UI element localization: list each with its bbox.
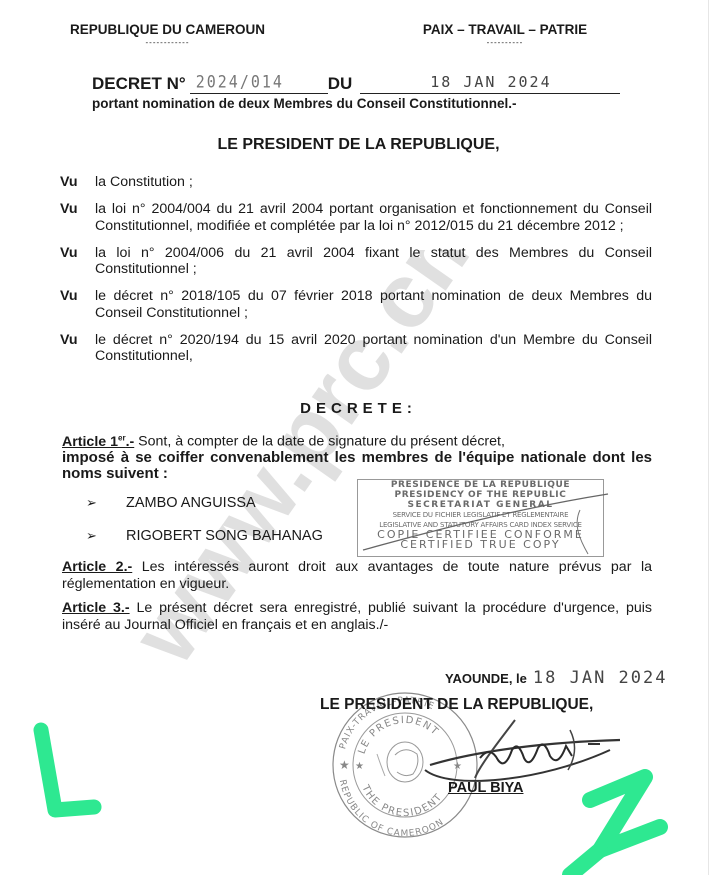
article-3-text: Le présent décret sera enregistré, publi… bbox=[62, 600, 652, 633]
header-motto: PAIX – TRAVAIL – PATRIE ---------- bbox=[405, 22, 605, 47]
nominee-item: ➢ RIGOBERT SONG BAHANAG bbox=[86, 528, 323, 544]
vu-label: Vu bbox=[60, 288, 95, 321]
place: YAOUNDE, le bbox=[445, 671, 527, 686]
header-left-dashes: ------------ bbox=[60, 38, 275, 47]
header-country: REPUBLIQUE DU CAMEROUN ------------ bbox=[60, 22, 275, 47]
vu-text: la loi n° 2004/004 du 21 avril 2004 port… bbox=[95, 201, 652, 234]
president-heading: LE PRESIDENT DE LA REPUBLIQUE, bbox=[0, 136, 717, 154]
svg-text:★: ★ bbox=[339, 758, 350, 772]
green-letter-l-icon bbox=[28, 715, 108, 825]
nominee-item: ➢ ZAMBO ANGUISSA bbox=[86, 495, 256, 511]
vu-label: Vu bbox=[60, 245, 95, 278]
vu-item: Vule décret n° 2018/105 du 07 février 20… bbox=[60, 288, 652, 321]
vu-text: le décret n° 2018/105 du 07 février 2018… bbox=[95, 288, 652, 321]
place-date: YAOUNDE, le18 JAN 2024 bbox=[445, 668, 667, 688]
page-edge bbox=[708, 0, 709, 875]
nominee-name: ZAMBO ANGUISSA bbox=[126, 495, 256, 511]
article-3: Article 3.- Le présent décret sera enreg… bbox=[62, 600, 652, 633]
vu-text: la Constitution ; bbox=[95, 174, 652, 191]
vu-list: Vula Constitution ; Vula loi n° 2004/004… bbox=[60, 174, 652, 375]
signature-icon bbox=[420, 710, 620, 790]
vu-label: Vu bbox=[60, 201, 95, 234]
decree-subtitle: portant nomination de deux Membres du Co… bbox=[92, 96, 652, 111]
article-2-label: Article 2.- bbox=[62, 559, 132, 575]
article-1-bold-text: imposé à se coiffer convenablement les m… bbox=[62, 450, 652, 482]
article-1-text: Sont, à compter de la date de signature … bbox=[134, 434, 505, 450]
vu-label: Vu bbox=[60, 174, 95, 191]
signatory-name: PAUL BIYA bbox=[448, 780, 523, 796]
du-label: DU bbox=[328, 74, 353, 93]
arrow-bullet-icon: ➢ bbox=[86, 495, 126, 511]
article-1: Article 1er.- Sont, à compter de la date… bbox=[62, 430, 652, 482]
vu-item: Vula loi n° 2004/004 du 21 avril 2004 po… bbox=[60, 201, 652, 234]
motto: PAIX – TRAVAIL – PATRIE bbox=[423, 22, 587, 37]
vu-label: Vu bbox=[60, 332, 95, 365]
stamp-signature-stroke-icon bbox=[358, 480, 603, 556]
vu-text: le décret n° 2020/194 du 15 avril 2020 p… bbox=[95, 332, 652, 365]
header-right-dashes: ---------- bbox=[405, 38, 605, 47]
decree-number-field: 2024/014 bbox=[190, 75, 328, 94]
vu-item: Vule décret n° 2020/194 du 15 avril 2020… bbox=[60, 332, 652, 365]
decree-label: DECRET N° bbox=[92, 74, 186, 93]
vu-item: Vula Constitution ; bbox=[60, 174, 652, 191]
decree-line: DECRET N°2024/014DU18 JAN 2024 bbox=[92, 74, 652, 94]
nominee-name: RIGOBERT SONG BAHANAG bbox=[126, 528, 323, 544]
article-2: Article 2.- Les intéressés auront droit … bbox=[62, 559, 652, 592]
signature-date: 18 JAN 2024 bbox=[533, 668, 668, 688]
article-1-label: Article 1er.- bbox=[62, 434, 134, 450]
certified-copy-stamp: PRESIDENCE DE LA REPUBLIQUE PRESIDENCY O… bbox=[357, 479, 604, 557]
vu-text: la loi n° 2004/006 du 21 avril 2004 fixa… bbox=[95, 245, 652, 278]
country-name: REPUBLIQUE DU CAMEROUN bbox=[70, 22, 265, 37]
arrow-bullet-icon: ➢ bbox=[86, 528, 126, 544]
article-3-label: Article 3.- bbox=[62, 600, 130, 616]
decree-date-field: 18 JAN 2024 bbox=[360, 75, 620, 94]
vu-item: Vula loi n° 2004/006 du 21 avril 2004 fi… bbox=[60, 245, 652, 278]
svg-text:★: ★ bbox=[355, 761, 364, 772]
decree-number: 2024/014 bbox=[196, 72, 284, 92]
decree-date: 18 JAN 2024 bbox=[430, 73, 551, 91]
decrete-heading: DECRETE: bbox=[0, 400, 717, 417]
article-2-text: Les intéressés auront droit aux avantage… bbox=[62, 559, 652, 592]
